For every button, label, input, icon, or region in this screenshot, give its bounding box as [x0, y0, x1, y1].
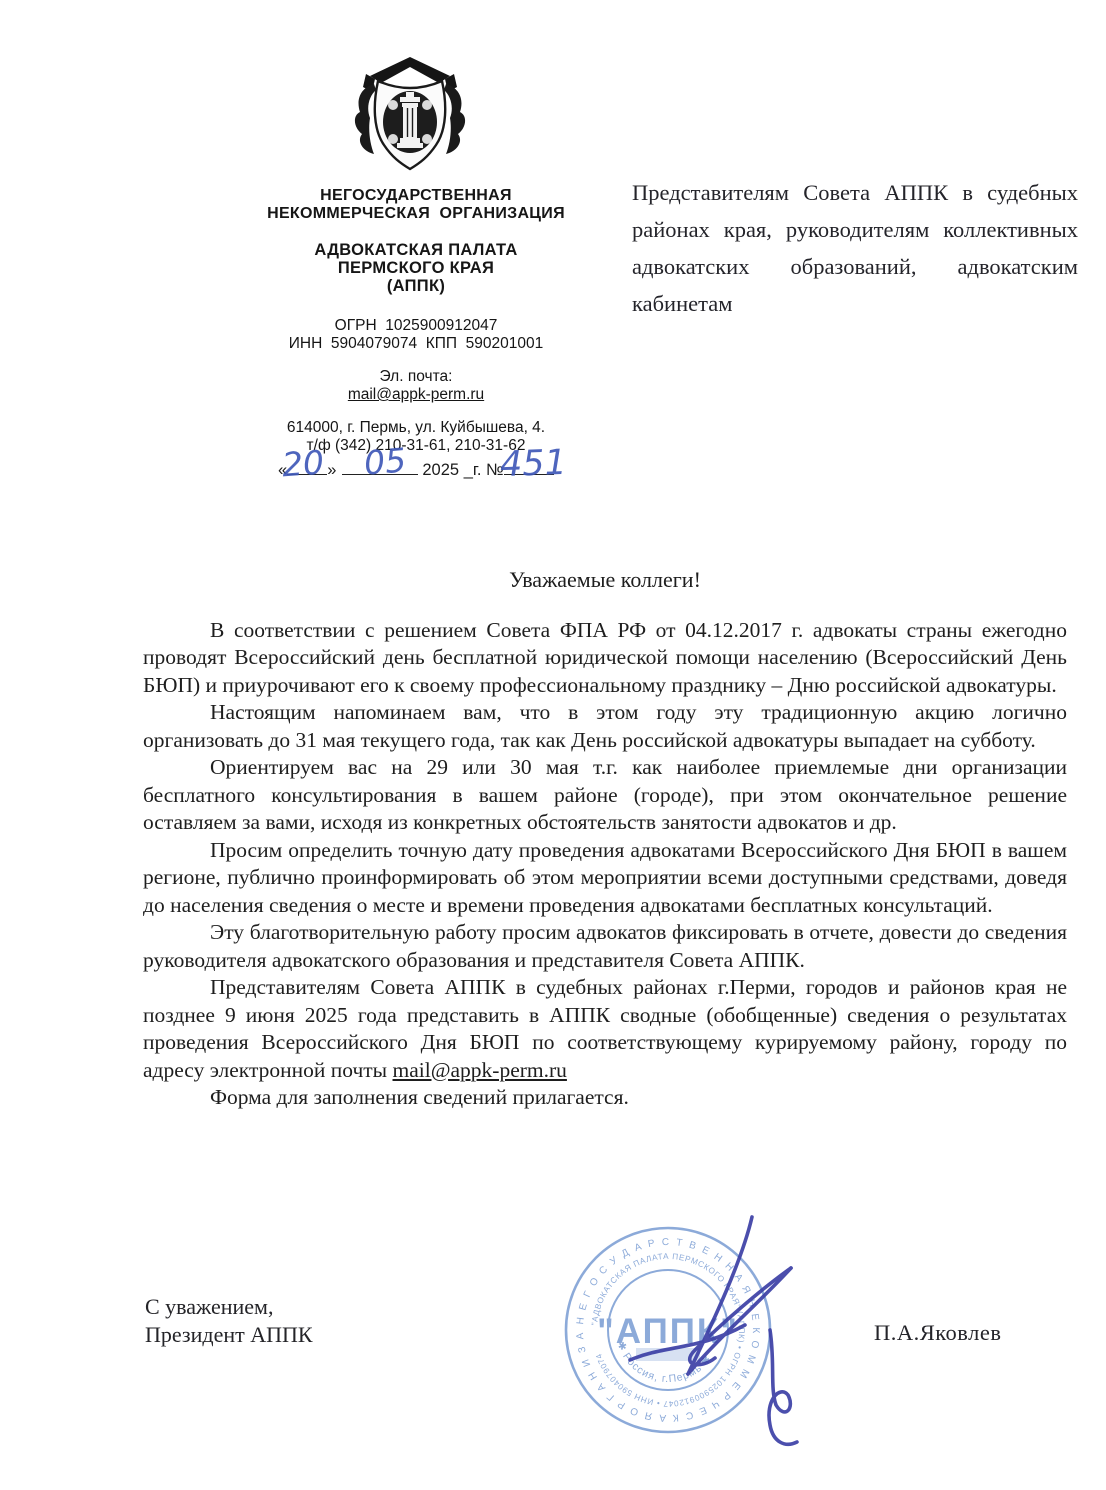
handwritten-day: 20: [281, 443, 326, 485]
org-type-line: НЕКОММЕРЧЕСКАЯ ОРГАНИЗАЦИЯ: [240, 205, 592, 223]
letter-paragraph: Эту благотворительную работу просим адво…: [143, 919, 1067, 974]
signer-name: П.А.Яковлев: [874, 1320, 1001, 1346]
closing-line: Президент АППК: [145, 1321, 313, 1349]
inn-kpp-line: ИНН 5904079074 КПП 590201001: [240, 335, 592, 353]
registration-numbers: ОГРН 1025900912047 ИНН 5904079074 КПП 59…: [240, 317, 592, 353]
scanned-letter-page: НЕГОСУДАРСТВЕННАЯ НЕКОММЕРЧЕСКАЯ ОРГАНИЗ…: [0, 0, 1106, 1490]
letter-body: Уважаемые коллеги! В соответствии с реше…: [143, 566, 1067, 1112]
address-line: 614000, г. Пермь, ул. Куйбышева, 4.: [240, 419, 592, 437]
letter-paragraph: Просим определить точную дату проведения…: [143, 837, 1067, 920]
email-address: mail@appk-perm.ru: [240, 386, 592, 404]
org-name-line: ПЕРМСКОГО КРАЯ: [240, 259, 592, 277]
addressee-block: Представителям Совета АППК в судебных ра…: [632, 174, 1078, 322]
closing-block: С уважением, Президент АППК: [145, 1293, 313, 1349]
date-number-line: «»2025 _г. № 20 05 451: [278, 460, 598, 480]
org-name-line: АДВОКАТСКАЯ ПАЛАТА: [240, 241, 592, 259]
paragraph-text: Представителям Совета АППК в судебных ра…: [143, 975, 1067, 1082]
letter-paragraph: Форма для заполнения сведений прилагаетс…: [143, 1084, 1067, 1112]
email-block: Эл. почта: mail@appk-perm.ru: [240, 368, 592, 404]
handwritten-doc-number: 451: [499, 443, 567, 485]
signature-icon: [560, 1190, 880, 1480]
ogrn-line: ОГРН 1025900912047: [240, 317, 592, 335]
quote-close: »: [327, 461, 336, 479]
salutation: Уважаемые коллеги!: [143, 566, 1067, 594]
email-label: Эл. почта:: [240, 368, 592, 386]
letter-paragraph: В соответствии с решением Совета ФПА РФ …: [143, 617, 1067, 700]
org-type-line: НЕГОСУДАРСТВЕННАЯ: [240, 187, 592, 205]
org-name: АДВОКАТСКАЯ ПАЛАТА ПЕРМСКОГО КРАЯ (АППК): [240, 241, 592, 295]
letter-paragraph: Ориентируем вас на 29 или 30 мая т.г. ка…: [143, 754, 1067, 837]
org-name-line: (АППК): [240, 277, 592, 295]
printed-year: 2025: [422, 461, 459, 479]
coat-of-arms-icon: [336, 52, 484, 174]
year-suffix: _г. №: [464, 461, 504, 479]
org-type: НЕГОСУДАРСТВЕННАЯ НЕКОММЕРЧЕСКАЯ ОРГАНИЗ…: [240, 187, 592, 222]
email-address: mail@appk-perm.ru: [393, 1058, 567, 1082]
letter-paragraph: Представителям Совета АППК в судебных ра…: [143, 974, 1067, 1084]
letter-paragraph: Настоящим напоминаем вам, что в этом год…: [143, 699, 1067, 754]
closing-line: С уважением,: [145, 1293, 313, 1321]
handwritten-month: 05: [362, 440, 407, 483]
letterhead: НЕГОСУДАРСТВЕННАЯ НЕКОММЕРЧЕСКАЯ ОРГАНИЗ…: [240, 187, 592, 455]
